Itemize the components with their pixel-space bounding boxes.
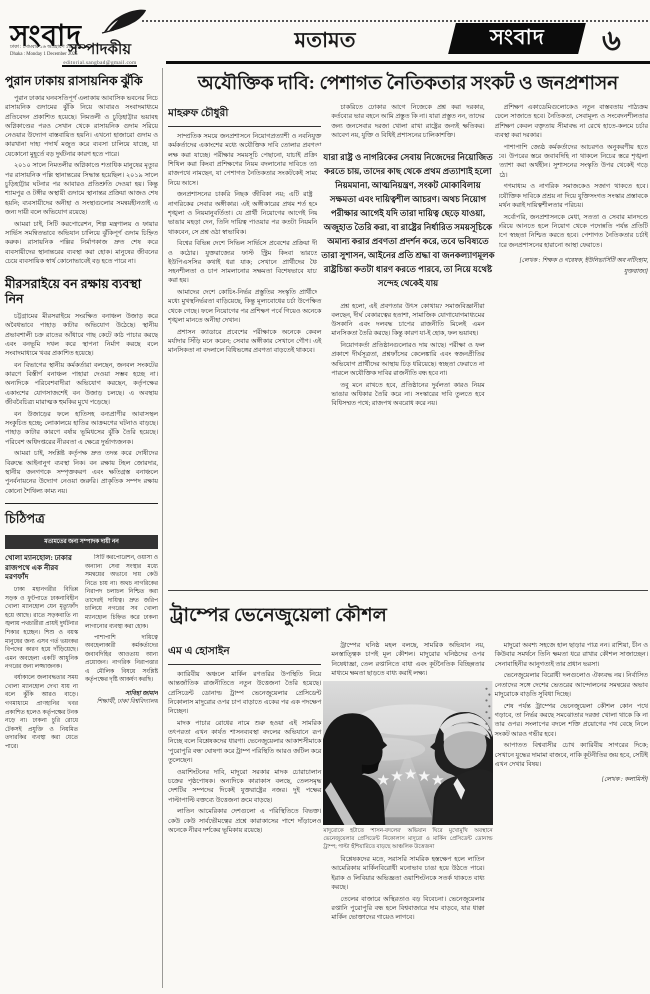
- main-article-columns: মাহরুফ চৌধুরী সাম্প্রতিক সময়ে জনপ্রশাসন…: [168, 103, 648, 565]
- paragraph: আমরা চাই, সিটি করপোরেশন, শিল্প মন্ত্রণাল…: [5, 220, 158, 266]
- photo-caption: মাদুরোকে হটাতে 'শাসন-বদলের' অভিযান ঘিরে …: [323, 828, 492, 851]
- paragraph: বিশ্বের বিভিন্ন দেশে সিভিল সার্ভিসে প্রব…: [168, 239, 321, 285]
- masthead: সংবাদ ঢাকা : সোমবার ১৬ অগ্রহায়ণ ১৪৩২ Dh…: [0, 0, 650, 66]
- paragraph: মাদুরো অবশ্য সহজে হাল ছাড়ার পাত্র নন। র…: [495, 641, 648, 669]
- bottom-headline: ট্রাম্পের ভেনেজুয়েলা কৌশল: [170, 601, 648, 633]
- paragraph: নিয়োগকর্তা প্রতিষ্ঠানগুলোরও দায় আছে। প…: [331, 341, 484, 378]
- pull-quote: যারা রাষ্ট্র ও নাগরিকের সেবায় নিজেদের ন…: [317, 146, 498, 295]
- author-byline: এম এ হোসাইন: [168, 646, 230, 657]
- letter-title: খোলা ম্যানহোল: ঢাকার রাজপথে এক নীরব মরণফ…: [5, 554, 78, 583]
- brand-box-text: সংবাদ: [490, 21, 545, 56]
- main-col-2: চাকরিতে ঢোকার আগে নিজেকে প্রশ্ন করা দরকা…: [331, 103, 484, 565]
- byline-block: মাহরুফ চৌধুরী: [168, 103, 321, 127]
- letter-author-name: সাবিহা জামান: [85, 690, 158, 698]
- paragraph: ক্যারিবীয় অঞ্চলে মার্কিন রণতরির উপস্থিত…: [168, 670, 321, 716]
- letters-columns: খোলা ম্যানহোল: ঢাকার রাজপথে এক নীরব মরণফ…: [5, 554, 158, 886]
- main-opinion-article: অযৌক্তিক দাবি: পেশাগত নৈতিকতার সংকট ও জন…: [168, 66, 648, 565]
- newspaper-page: সংবাদ ঢাকা : সোমবার ১৬ অগ্রহায়ণ ১৪৩২ Dh…: [0, 0, 650, 994]
- bottom-col-1: এম এ হোসাইন ক্যারিবীয় অঞ্চলে মার্কিন রণ…: [168, 641, 321, 983]
- editorial-1-title: পুরান ঢাকায় রাসায়নিক ঝুঁকি: [5, 74, 158, 89]
- paragraph: ২০১০ সালে নিমতলীর অগ্নিকাণ্ডে শতাধিক মান…: [5, 161, 158, 217]
- editorial-2-body: চট্টগ্রামের মীরসরাইয়ে সংরক্ষিত বনাঞ্চল …: [5, 312, 158, 494]
- paragraph: প্রশিক্ষণ একাডেমিগুলোকেও নতুন বাস্তবতায়…: [495, 103, 648, 140]
- maduro-silhouette: [323, 713, 387, 825]
- editorial-1-body: পুরান ঢাকার ঘনবসতিপূর্ণ এলাকায় আবাসিক ভ…: [5, 94, 158, 268]
- main-col-3: প্রশিক্ষণ একাডেমিগুলোকেও নতুন বাস্তবতায়…: [495, 103, 648, 565]
- quill-pen-icon: [100, 8, 148, 34]
- paragraph: আমরা চাই, সংশ্লিষ্ট কর্তৃপক্ষ দ্রুত তদন্…: [5, 449, 158, 494]
- headline-top-rule: [166, 61, 650, 64]
- paragraph: সিটি করপোরেশন, ওয়াসা ও অন্যান্য সেবা সং…: [85, 554, 158, 631]
- paragraph: বন উজাড়ের ফলে হাতিসহ বন্যপ্রাণীর আবাসস্…: [5, 410, 158, 447]
- section-title-opinion: মতামত: [255, 24, 395, 59]
- dotted-divider: [142, 20, 648, 22]
- paragraph: গণমাধ্যম ও নাগরিক সমাজকেও সজাগ থাকতে হবে…: [495, 182, 648, 210]
- bottom-article-columns: এম এ হোসাইন ক্যারিবীয় অঞ্চলে মার্কিন রণ…: [168, 641, 648, 983]
- paragraph: প্রশ্ন হলো, এই প্রবণতার উৎস কোথায়? সমাজ…: [331, 302, 484, 339]
- editorial-2-title: মীরসরাইয়ে বন রক্ষায় ব্যবস্থা নিন: [5, 277, 158, 307]
- paragraph: আমাদের দেশে কোচিং-নির্ভর প্রস্তুতির সংস্…: [168, 288, 321, 325]
- paragraph: ওয়াশিংটনের দাবি, মাদুরো সরকার মাদক চোরা…: [168, 768, 321, 805]
- column-divider: [162, 68, 163, 988]
- editorial-email: editorial.sangbad@gmail.com: [30, 60, 170, 66]
- paragraph: পাশাপাশি দায়িত্বে অবহেলাকারী কর্মকর্তাদ…: [85, 634, 158, 685]
- paragraph: প্রশাসন ক্যাডারে প্রবেশের পরীক্ষাকে অনেক…: [168, 328, 321, 356]
- maduro-trump-photo: [323, 681, 492, 825]
- paragraph: মাদক পাচার রোধের নামে শুরু হওয়া এই সামর…: [168, 719, 321, 765]
- letters-col-1: খোলা ম্যানহোল: ঢাকার রাজপথে এক নীরব মরণফ…: [5, 554, 78, 886]
- paragraph: চট্টগ্রামের মীরসরাইয়ে সংরক্ষিত বনাঞ্চল …: [5, 312, 158, 358]
- editorial-2: মীরসরাইয়ে বন রক্ষায় ব্যবস্থা নিন চট্টগ…: [5, 277, 158, 494]
- paragraph: সাম্প্রতিক সময়ে জনপ্রশাসনে নিয়োগপ্রত্য…: [168, 132, 321, 188]
- letter-author-role: শিক্ষার্থী, ঢাকা বিশ্ববিদ্যালয়: [85, 698, 158, 706]
- paragraph: লাতিন আমেরিকার দেশগুলো এ পরিস্থিতিতে বিভ…: [168, 807, 321, 835]
- paragraph: শেষ পর্যন্ত ট্রাম্পের ভেনেজুয়েলা কৌশল ক…: [495, 702, 648, 739]
- paragraph: সর্বোপরি, জনপ্রশাসনকে মেধা, সততা ও সেবার…: [495, 213, 648, 250]
- letters-disclaimer: মতামতের জন্য সম্পাদক দায়ী নন: [5, 535, 158, 549]
- bottom-col-3: মাদুরো অবশ্য সহজে হাল ছাড়ার পাত্র নন। র…: [495, 641, 648, 983]
- paragraph: চাকরিতে ঢোকার আগে নিজেকে প্রশ্ন করা দরকা…: [331, 103, 484, 140]
- author-credit: [লেখক : কলামিস্ট]: [495, 774, 648, 785]
- bottom-opinion-article: ট্রাম্পের ভেনেজুয়েলা কৌশল এম এ হোসাইন ক…: [168, 590, 648, 983]
- letter-signature: সাবিহা জামান শিক্ষার্থী, ঢাকা বিশ্ববিদ্য…: [85, 690, 158, 707]
- paragraph: বন বিভাগের স্থানীয় কর্মকর্তারা বলছেন, জ…: [5, 361, 158, 407]
- paragraph: পাশাপাশি জ্যেষ্ঠ কর্মকর্তাদের আচরণও অনুক…: [495, 143, 648, 180]
- author-byline: মাহরুফ চৌধুরী: [168, 108, 228, 119]
- author-credit: [লেখক : শিক্ষক ও গবেষক, ইউনিভার্সিটি অব …: [495, 255, 648, 277]
- page-number: ৬: [602, 18, 621, 67]
- letters-col-2: সিটি করপোরেশন, ওয়াসা ও অন্যান্য সেবা সং…: [85, 554, 158, 886]
- main-headline: অযৌক্তিক দাবি: পেশাগত নৈতিকতার সংকট ও জন…: [168, 66, 648, 100]
- editorial-column: পুরান ঢাকায় রাসায়নিক ঝুঁকি পুরান ঢাকার…: [5, 74, 158, 886]
- paragraph: ঢাকা মহানগরীর বিভিন্ন সড়ক ও ফুটপাতে ঢাক…: [5, 586, 78, 672]
- letters-section: চিঠিপত্র মতামতের জন্য সম্পাদক দায়ী নন খ…: [5, 503, 158, 886]
- paragraph: তেলের বাজারে অস্থিরতাও বড় বিবেচনা। ভেনে…: [331, 895, 484, 923]
- photo-illustration: [323, 681, 492, 825]
- editorial-1: পুরান ঢাকায় রাসায়নিক ঝুঁকি পুরান ঢাকার…: [5, 74, 158, 268]
- byline-block: এম এ হোসাইন: [168, 641, 321, 665]
- paragraph: পুরান ঢাকার ঘনবসতিপূর্ণ এলাকায় আবাসিক ভ…: [5, 94, 158, 159]
- letters-section-title: চিঠিপত্র: [5, 510, 158, 531]
- paragraph: বিশ্লেষকদের মতে, সরাসরি সামরিক হস্তক্ষেপ…: [331, 855, 484, 892]
- paragraph: বর্ষাকালে জলাবদ্ধতার সময় খোলা ম্যানহোল …: [5, 674, 78, 751]
- paragraph: ট্রাম্পের ঘনিষ্ঠ মহল বলছে, সামরিক অভিযান…: [331, 641, 484, 678]
- paragraph: জনপ্রশাসনের চাকরি নিছক জীবিকা নয়; এটি র…: [168, 190, 321, 236]
- paragraph: ভেনেজুয়েলার বিরোধী দলগুলোও ঐক্যবদ্ধ নয়…: [495, 671, 648, 699]
- paragraph: আপাতত বিশ্ববাসীর চোখ ক্যারিবীয় সাগরের দ…: [495, 741, 648, 769]
- bottom-col-2: ট্রাম্পের ঘনিষ্ঠ মহল বলছে, সামরিক অভিযান…: [331, 641, 484, 983]
- paragraph: তবু মনে রাখতে হবে, প্রতিষ্ঠানের দুর্বলতা…: [331, 381, 484, 409]
- main-col-1: মাহরুফ চৌধুরী সাম্প্রতিক সময়ে জনপ্রশাসন…: [168, 103, 321, 565]
- brand-box: সংবাদ: [448, 23, 586, 54]
